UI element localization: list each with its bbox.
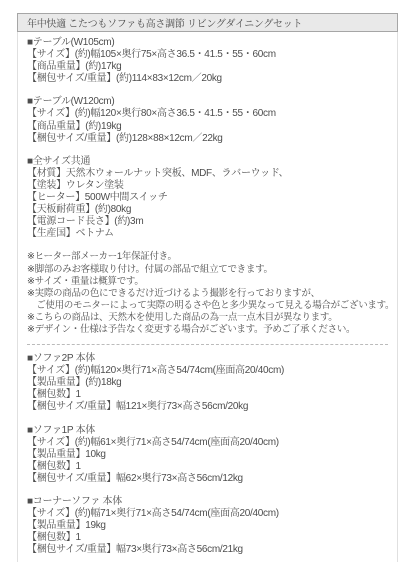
- sofa-spec-blocks: ■ソファ2P 本体【サイズ】(約)幅120×奥行71×高さ54/74cm(座面高…: [27, 353, 388, 556]
- note-line: ※デザイン・仕様は予告なく変更する場合がございます。予めご了承ください。: [27, 324, 388, 336]
- spec-line: 【材質】天然木ウォールナット突板、MDF、ラバーウッド、: [27, 168, 388, 180]
- spec-line: 【製品重量】19kg: [27, 520, 388, 532]
- sofa-spec-block: ■コーナーソファ 本体【サイズ】(約)幅71×奥行71×高さ54/74cm(座面…: [27, 496, 388, 556]
- spec-line: 【梱包数】1: [27, 461, 388, 473]
- product-spec-page: 年中快適 こたつもソファも高さ調節 リビングダイニングセット ■テーブル(W10…: [0, 0, 416, 562]
- block-heading: ■コーナーソファ 本体: [27, 496, 388, 508]
- table-spec-blocks: ■テーブル(W105cm)【サイズ】(約)幅105×奥行75×高さ36.5・41…: [27, 37, 388, 240]
- section-divider: [27, 344, 388, 345]
- spec-line: 【梱包サイズ/重量】幅121×奥行73×高さ56cm/20kg: [27, 401, 388, 413]
- spec-line: 【梱包サイズ/重量】幅62×奥行73×高さ56cm/12kg: [27, 473, 388, 485]
- block-heading: ■テーブル(W105cm): [27, 37, 388, 49]
- spec-line: 【製品重量】(約)18kg: [27, 377, 388, 389]
- spec-line: 【天板耐荷重】(約)80kg: [27, 204, 388, 216]
- notes-block: ※ヒーター部メーカー1年保証付き。※脚部のみお客様取り付け。付属の部品で組立てで…: [27, 251, 388, 336]
- block-heading: ■テーブル(W120cm): [27, 96, 388, 108]
- spec-line: 【梱包サイズ/重量】(約)128×88×12cm／22kg: [27, 133, 388, 145]
- spec-line: 【生産国】ベトナム: [27, 228, 388, 240]
- spec-line: 【梱包数】1: [27, 532, 388, 544]
- note-line: ご使用のモニターによって実際の明るさや色と多少異なって見える場合がございます。: [27, 300, 388, 312]
- page-title: 年中快適 こたつもソファも高さ調節 リビングダイニングセット: [27, 15, 302, 30]
- note-line: ※実際の商品の色にできるだけ近づけるよう撮影を行っておりますが、: [27, 288, 388, 300]
- block-heading: ■全サイズ共通: [27, 156, 388, 168]
- spec-line: 【サイズ】(約)幅71×奥行71×高さ54/74cm(座面高20/40cm): [27, 508, 388, 520]
- spec-line: 【塗装】ウレタン塗装: [27, 180, 388, 192]
- spec-line: 【梱包サイズ/重量】(約)114×83×12cm／20kg: [27, 73, 388, 85]
- spec-line: 【梱包数】1: [27, 389, 388, 401]
- spec-line: 【サイズ】(約)幅120×奥行80×高さ36.5・41.5・55・60cm: [27, 108, 388, 120]
- sofa-spec-block: ■ソファ2P 本体【サイズ】(約)幅120×奥行71×高さ54/74cm(座面高…: [27, 353, 388, 413]
- block-heading: ■ソファ1P 本体: [27, 425, 388, 437]
- spec-line: 【サイズ】(約)幅61×奥行71×高さ54/74cm(座面高20/40cm): [27, 437, 388, 449]
- note-line: ※サイズ・重量は概算です。: [27, 276, 388, 288]
- spec-line: 【商品重量】(約)19kg: [27, 121, 388, 133]
- spec-line: 【ヒーター】500W中間スイッチ: [27, 192, 388, 204]
- block-heading: ■ソファ2P 本体: [27, 353, 388, 365]
- spec-line: 【梱包サイズ/重量】幅73×奥行73×高さ56cm/21kg: [27, 544, 388, 556]
- sofa-spec-block: ■ソファ1P 本体【サイズ】(約)幅61×奥行71×高さ54/74cm(座面高2…: [27, 425, 388, 485]
- spec-body: ■テーブル(W105cm)【サイズ】(約)幅105×奥行75×高さ36.5・41…: [17, 32, 398, 562]
- spec-line: 【電源コード長さ】(約)3m: [27, 216, 388, 228]
- table-spec-block: ■テーブル(W105cm)【サイズ】(約)幅105×奥行75×高さ36.5・41…: [27, 37, 388, 85]
- note-line: ※ヒーター部メーカー1年保証付き。: [27, 251, 388, 263]
- table-spec-block: ■テーブル(W120cm)【サイズ】(約)幅120×奥行80×高さ36.5・41…: [27, 96, 388, 144]
- spec-line: 【サイズ】(約)幅105×奥行75×高さ36.5・41.5・55・60cm: [27, 49, 388, 61]
- spec-line: 【サイズ】(約)幅120×奥行71×高さ54/74cm(座面高20/40cm): [27, 365, 388, 377]
- table-spec-block: ■全サイズ共通【材質】天然木ウォールナット突板、MDF、ラバーウッド、【塗装】ウ…: [27, 156, 388, 241]
- note-line: ※こちらの商品は、天然木を使用した商品の為一点一点木目が異なります。: [27, 312, 388, 324]
- note-line: ※脚部のみお客様取り付け。付属の部品で組立てできます。: [27, 264, 388, 276]
- spec-line: 【製品重量】10kg: [27, 449, 388, 461]
- spec-line: 【商品重量】(約)17kg: [27, 61, 388, 73]
- spec-header-bar: 年中快適 こたつもソファも高さ調節 リビングダイニングセット: [17, 13, 398, 32]
